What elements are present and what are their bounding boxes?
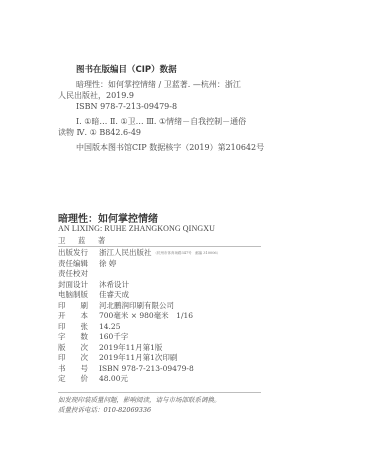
colophon-value: 沐希设计 [99,280,129,291]
colophon-row-typesetting: 电脑制版佳睿天成 [58,290,129,301]
cip-line-title: 暗理性：如何掌控情绪 / 卫蓝著. —杭州：浙江 [76,80,241,90]
colophon-value: 160千字 [99,332,128,343]
colophon-row-printing: 印 次2019年11月第1次印刷 [58,353,177,364]
colophon-value: 佳睿天成 [99,290,129,301]
colophon-value: 48.00元 [99,374,128,385]
colophon-value: 徐 婷 [99,259,116,270]
colophon-label: 责任校对 [58,269,99,280]
book-title: 暗理性：如何掌控情绪 [58,210,158,225]
colophon-label: 开 本 [58,311,99,322]
colophon-row-price: 定 价48.00元 [58,374,128,385]
colophon-row-edition: 版 次2019年11月第1版 [58,343,162,354]
colophon-row-cover-design: 封面设计沐希设计 [58,280,129,291]
colophon-row-sheets: 印 张14.25 [58,322,120,333]
cip-line-classification: Ⅰ. ①暗… Ⅱ. ①卫… Ⅲ. ①情绪－自我控制－通俗 [76,117,246,127]
colophon-label: 定 价 [58,374,99,385]
book-title-pinyin: AN LIXING: RUHE ZHANGKONG QINGXU [58,224,215,233]
colophon-value: ISBN 978-7-213-09479-8 [99,364,194,375]
quality-notice: 如发现印装质量问题，影响阅读，请与市场部联系调换。 [58,395,221,405]
colophon-row-word-count: 字 数160千字 [58,332,128,343]
colophon-label: 印 次 [58,353,99,364]
colophon-row-printer: 印 刷河北鹏润印刷有限公司 [58,301,174,312]
colophon-label: 印 张 [58,322,99,333]
colophon-label: 责任编辑 [58,259,99,270]
colophon-row-proofreader: 责任校对 [58,269,99,280]
colophon-value: 河北鹏润印刷有限公司 [99,301,174,312]
colophon-row-editor: 责任编辑徐 婷 [58,259,116,270]
cip-line-isbn: ISBN 978-7-213-09479-8 [76,102,177,112]
cip-line-classification-cont: 读物 Ⅳ. ① B842.6-49 [58,128,141,138]
colophon-label: 出版发行 [58,248,99,259]
divider-bottom [58,392,261,393]
cip-line-publisher: 人民出版社，2019.9 [58,91,134,101]
colophon-label: 电脑制版 [58,290,99,301]
complaint-hotline: 质量投诉电话：010-82069336 [58,405,151,415]
colophon-value: 14.25 [99,322,120,333]
colophon-label: 版 次 [58,343,99,354]
colophon-label: 书 号 [58,364,99,375]
cip-heading: 图书在版编目（CIP）数据 [76,63,177,75]
colophon-row-publisher: 出版发行浙江人民出版社（杭州市体育场路347号 邮编 310006） [58,248,220,259]
divider-top [58,246,261,247]
colophon-label: 字 数 [58,332,99,343]
cip-line-record-number: 中国版本图书馆CIP 数据核字（2019）第210642号 [76,143,264,153]
colophon-row-isbn: 书 号ISBN 978-7-213-09479-8 [58,364,194,375]
colophon-row-format: 开 本700毫米 × 980毫米 1/16 [58,311,193,322]
publisher-address: （杭州市体育场路347号 邮编 310006） [154,251,221,255]
colophon-label: 印 刷 [58,301,99,312]
book-author: 卫 蓝 著 [58,235,110,246]
colophon-value: 2019年11月第1版 [99,343,162,354]
colophon-value: 2019年11月第1次印刷 [99,353,177,364]
colophon-label: 封面设计 [58,280,99,291]
colophon-value: 700毫米 × 980毫米 1/16 [99,311,193,322]
colophon-value: 浙江人民出版社 [99,248,152,259]
